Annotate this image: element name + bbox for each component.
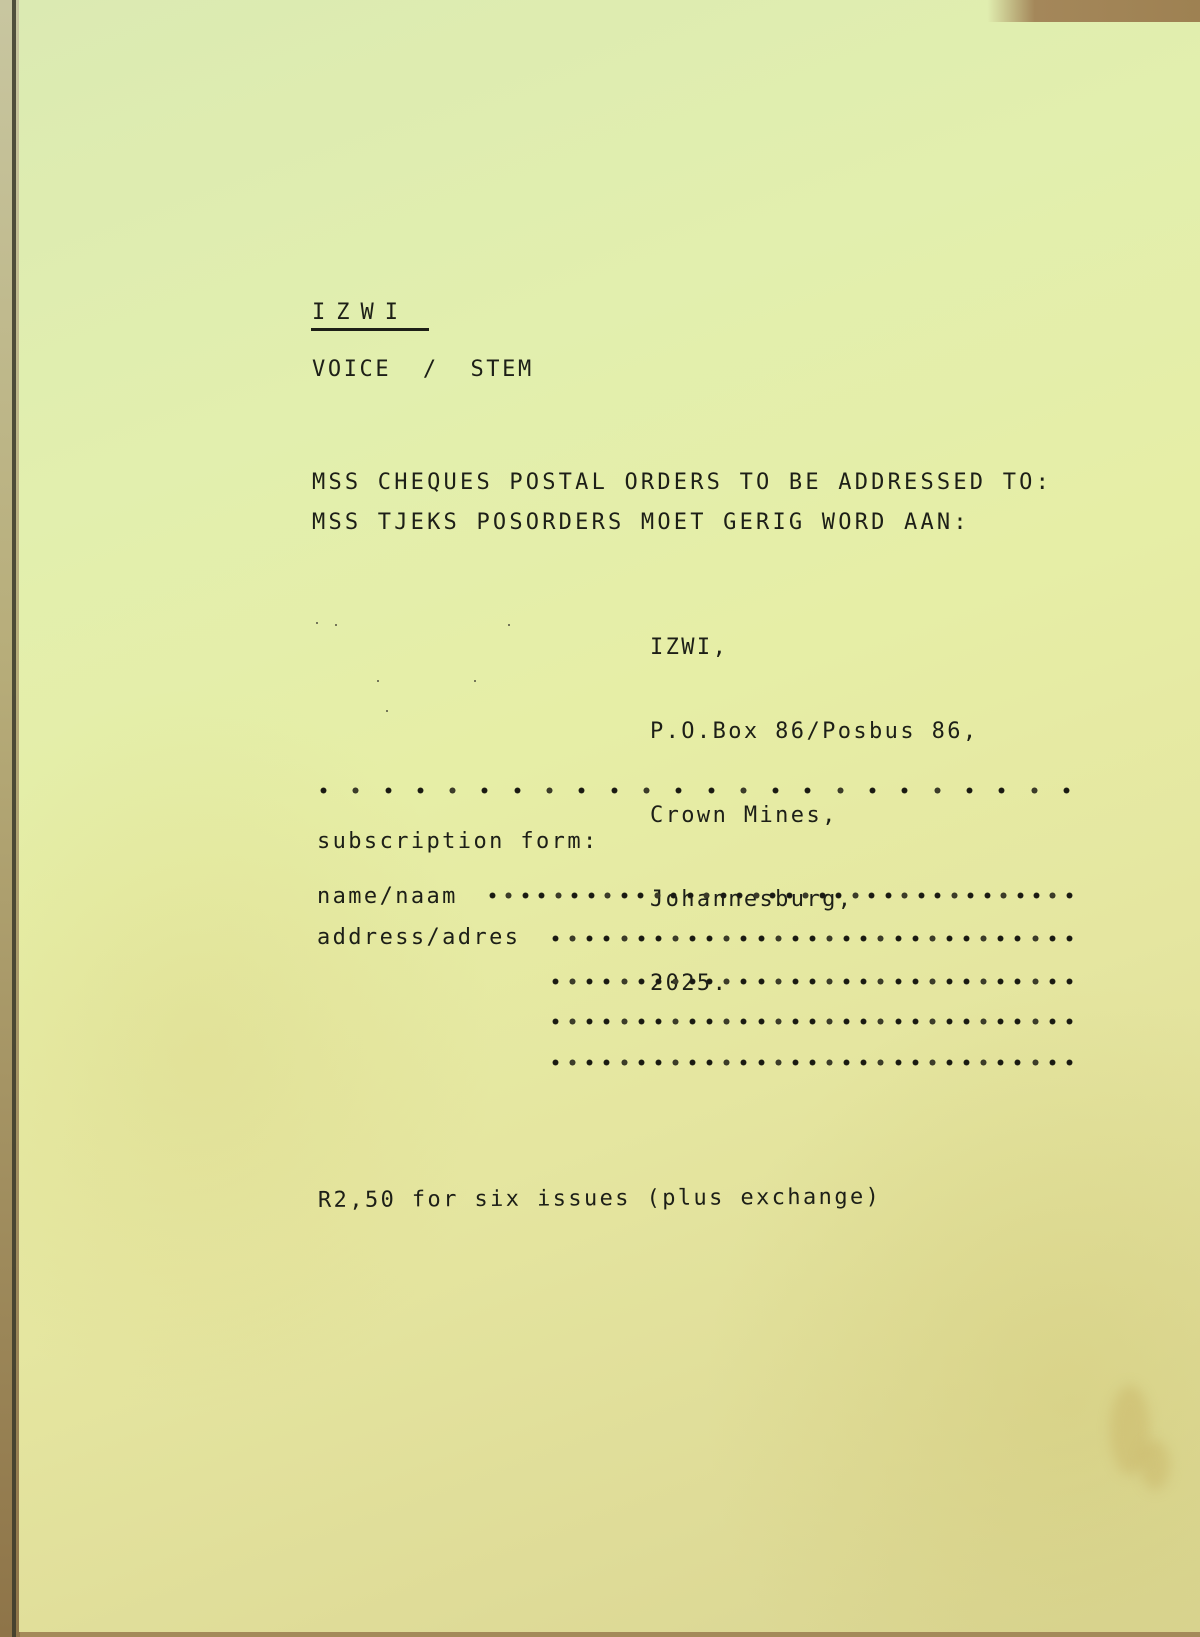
instruction-line-afrikaans: MSS TJEKS POSORDERS MOET GERIG WORD AAN: [312,512,970,534]
leader-dot [515,788,520,793]
leader-dot [704,893,709,898]
leader-dot [450,788,455,793]
leader-dot [724,979,729,984]
leader-dot [570,979,575,984]
leader-dot [1067,936,1072,941]
leader-dot [1050,936,1055,941]
leader-dot [930,936,935,941]
name-field-line[interactable] [490,891,1072,899]
leader-dot [759,936,764,941]
leader-dot [902,893,907,898]
ink-speck [474,680,476,682]
leader-dot [776,1060,781,1065]
leader-dot [655,893,660,898]
leader-dot [587,1060,592,1065]
ink-speck [508,624,510,626]
leader-dot [673,936,678,941]
leader-dot [827,936,832,941]
leader-dot [793,1019,798,1024]
leader-dot [930,979,935,984]
leader-dot [737,893,742,898]
leader-dot [1015,1019,1020,1024]
leader-dot [482,788,487,793]
paper-top-edge [19,0,1200,22]
leader-dot [724,936,729,941]
instruction-line-english: MSS CHEQUES POSTAL ORDERS TO BE ADDRESSE… [312,472,1052,494]
leader-dot [553,1019,558,1024]
address-field-label: address/adres [317,927,520,949]
leader-dot [690,1019,695,1024]
leader-dot [964,1019,969,1024]
leader-dot [707,936,712,941]
leader-dot [896,936,901,941]
leader-dot [673,979,678,984]
address-line: IZWI, [650,634,979,662]
leader-dot [999,788,1004,793]
leader-dot [539,893,544,898]
leader-dot [870,788,875,793]
leader-dot [1050,1019,1055,1024]
leader-dot [930,1019,935,1024]
leader-dot [1050,979,1055,984]
leader-dot [724,1060,729,1065]
leader-dot [896,1019,901,1024]
leader-dot [579,788,584,793]
leader-dot [773,788,778,793]
leader-dot [947,1019,952,1024]
leader-dot [1067,1019,1072,1024]
paper-page [19,0,1200,1632]
leader-dot [690,1060,695,1065]
leader-dot [836,893,841,898]
leader-dot [913,1019,918,1024]
leader-dot [547,788,552,793]
leader-dot [1033,1060,1038,1065]
leader-dot [930,1060,935,1065]
leader-dot [770,893,775,898]
leader-dot [913,1060,918,1065]
leader-dot [604,979,609,984]
leader-dot [952,893,957,898]
leader-dot [776,1019,781,1024]
section-separator [321,786,1069,794]
leader-dot [741,1060,746,1065]
leader-dot [587,979,592,984]
address-field-line-2[interactable] [553,977,1072,985]
leader-dot [612,788,617,793]
leader-dot [827,1019,832,1024]
leader-dot [644,788,649,793]
leader-dot [639,936,644,941]
leader-dot [707,1019,712,1024]
leader-dot [793,979,798,984]
leader-dot [902,788,907,793]
leader-dot [622,1019,627,1024]
leader-dot [656,1019,661,1024]
leader-dot [418,788,423,793]
leader-dot [776,936,781,941]
leader-dot [1064,788,1069,793]
document-subtitle: VOICE / STEM [312,359,534,381]
leader-dot [810,1060,815,1065]
document-title: IZWI [312,302,409,324]
leader-dot [1050,1060,1055,1065]
leader-dot [639,1019,644,1024]
leader-dot [589,893,594,898]
form-heading: subscription form: [317,831,599,853]
leader-dot [638,893,643,898]
leader-dot [707,1060,712,1065]
leader-dot [741,788,746,793]
leader-dot [964,936,969,941]
leader-dot [853,893,858,898]
leader-dot [759,1060,764,1065]
postal-address: IZWI, P.O.Box 86/Posbus 86, Crown Mines,… [650,578,979,1026]
ink-speck [335,624,337,626]
leader-dot [1033,936,1038,941]
leader-dot [572,893,577,898]
leader-dot [656,1060,661,1065]
leader-dot [690,936,695,941]
address-field-line[interactable] [553,934,1072,942]
leader-dot [622,1060,627,1065]
leader-dot [810,1019,815,1024]
leader-dot [886,893,891,898]
leader-dot [998,936,1003,941]
leader-dot [741,936,746,941]
leader-dot [553,936,558,941]
leader-dot [709,788,714,793]
leader-dot [639,979,644,984]
leader-dot [968,893,973,898]
leader-dot [523,893,528,898]
leader-dot [707,979,712,984]
leader-dot [1033,979,1038,984]
leader-dot [844,936,849,941]
leader-dot [553,1060,558,1065]
leader-dot [844,979,849,984]
leader-dot [604,1060,609,1065]
leader-dot [967,788,972,793]
leader-dot [622,979,627,984]
leader-dot [919,893,924,898]
leader-dot [861,979,866,984]
leader-dot [947,1060,952,1065]
leader-dot [506,893,511,898]
leader-dot [671,893,676,898]
leader-dot [861,936,866,941]
stain-mark [1140,1440,1170,1490]
leader-dot [981,1019,986,1024]
leader-dot [803,893,808,898]
leader-dot [556,893,561,898]
leader-dot [787,893,792,898]
leader-dot [721,893,726,898]
leader-dot [985,893,990,898]
leader-dot [947,979,952,984]
leader-dot [844,1060,849,1065]
leader-dot [673,1019,678,1024]
leader-dot [998,1060,1003,1065]
leader-dot [688,893,693,898]
leader-dot [754,893,759,898]
leader-dot [810,936,815,941]
leader-dot [878,1019,883,1024]
background-backing-left [0,0,20,1637]
leader-dot [1015,1060,1020,1065]
leader-dot [1001,893,1006,898]
leader-dot [741,1019,746,1024]
leader-dot [604,1019,609,1024]
address-line: P.O.Box 86/Posbus 86, [650,718,979,746]
name-field-label: name/naam [317,886,458,908]
leader-dot [1018,893,1023,898]
leader-dot [998,979,1003,984]
leader-dot [935,788,940,793]
leader-dot [878,936,883,941]
leader-dot [724,1019,729,1024]
leader-dot [1032,788,1037,793]
leader-dot [913,936,918,941]
leader-dot [587,936,592,941]
leader-dot [673,1060,678,1065]
leader-dot [622,936,627,941]
address-field-line-3[interactable] [553,1017,1072,1025]
leader-dot [838,788,843,793]
ink-speck [377,680,379,682]
leader-dot [878,1060,883,1065]
leader-dot [490,893,495,898]
leader-dot [1067,893,1072,898]
leader-dot [639,1060,644,1065]
title-underline [311,328,429,331]
leader-dot [820,893,825,898]
leader-dot [998,1019,1003,1024]
leader-dot [896,979,901,984]
leader-dot [553,979,558,984]
leader-dot [353,788,358,793]
leader-dot [604,936,609,941]
leader-dot [861,1060,866,1065]
leader-dot [656,936,661,941]
address-line: Crown Mines, [650,802,979,830]
leader-dot [935,893,940,898]
leader-dot [896,1060,901,1065]
leader-dot [964,979,969,984]
leader-dot [570,936,575,941]
leader-dot [1067,979,1072,984]
leader-dot [1067,1060,1072,1065]
leader-dot [981,936,986,941]
leader-dot [878,979,883,984]
leader-dot [1015,936,1020,941]
leader-dot [570,1060,575,1065]
leader-dot [321,788,326,793]
leader-dot [386,788,391,793]
leader-dot [793,936,798,941]
leader-dot [964,1060,969,1065]
leader-dot [827,1060,832,1065]
leader-dot [656,979,661,984]
leader-dot [587,1019,592,1024]
leader-dot [605,893,610,898]
leader-dot [913,979,918,984]
leader-dot [805,788,810,793]
leader-dot [776,979,781,984]
ink-speck [316,622,318,624]
leader-dot [1034,893,1039,898]
leader-dot [793,1060,798,1065]
leader-dot [947,936,952,941]
leader-dot [1015,979,1020,984]
leader-dot [741,979,746,984]
leader-dot [981,1060,986,1065]
leader-dot [861,1019,866,1024]
leader-dot [981,979,986,984]
leader-dot [570,1019,575,1024]
leader-dot [690,979,695,984]
leader-dot [810,979,815,984]
ink-speck [386,710,388,712]
leader-dot [869,893,874,898]
leader-dot [1050,893,1055,898]
leader-dot [759,979,764,984]
leader-dot [844,1019,849,1024]
leader-dot [759,1019,764,1024]
leader-dot [1033,1019,1038,1024]
leader-dot [622,893,627,898]
binding-spine [12,0,16,1637]
leader-dot [676,788,681,793]
price-note: R2,50 for six issues (plus exchange) [318,1187,881,1212]
leader-dot [827,979,832,984]
address-field-line-4[interactable] [553,1058,1072,1066]
